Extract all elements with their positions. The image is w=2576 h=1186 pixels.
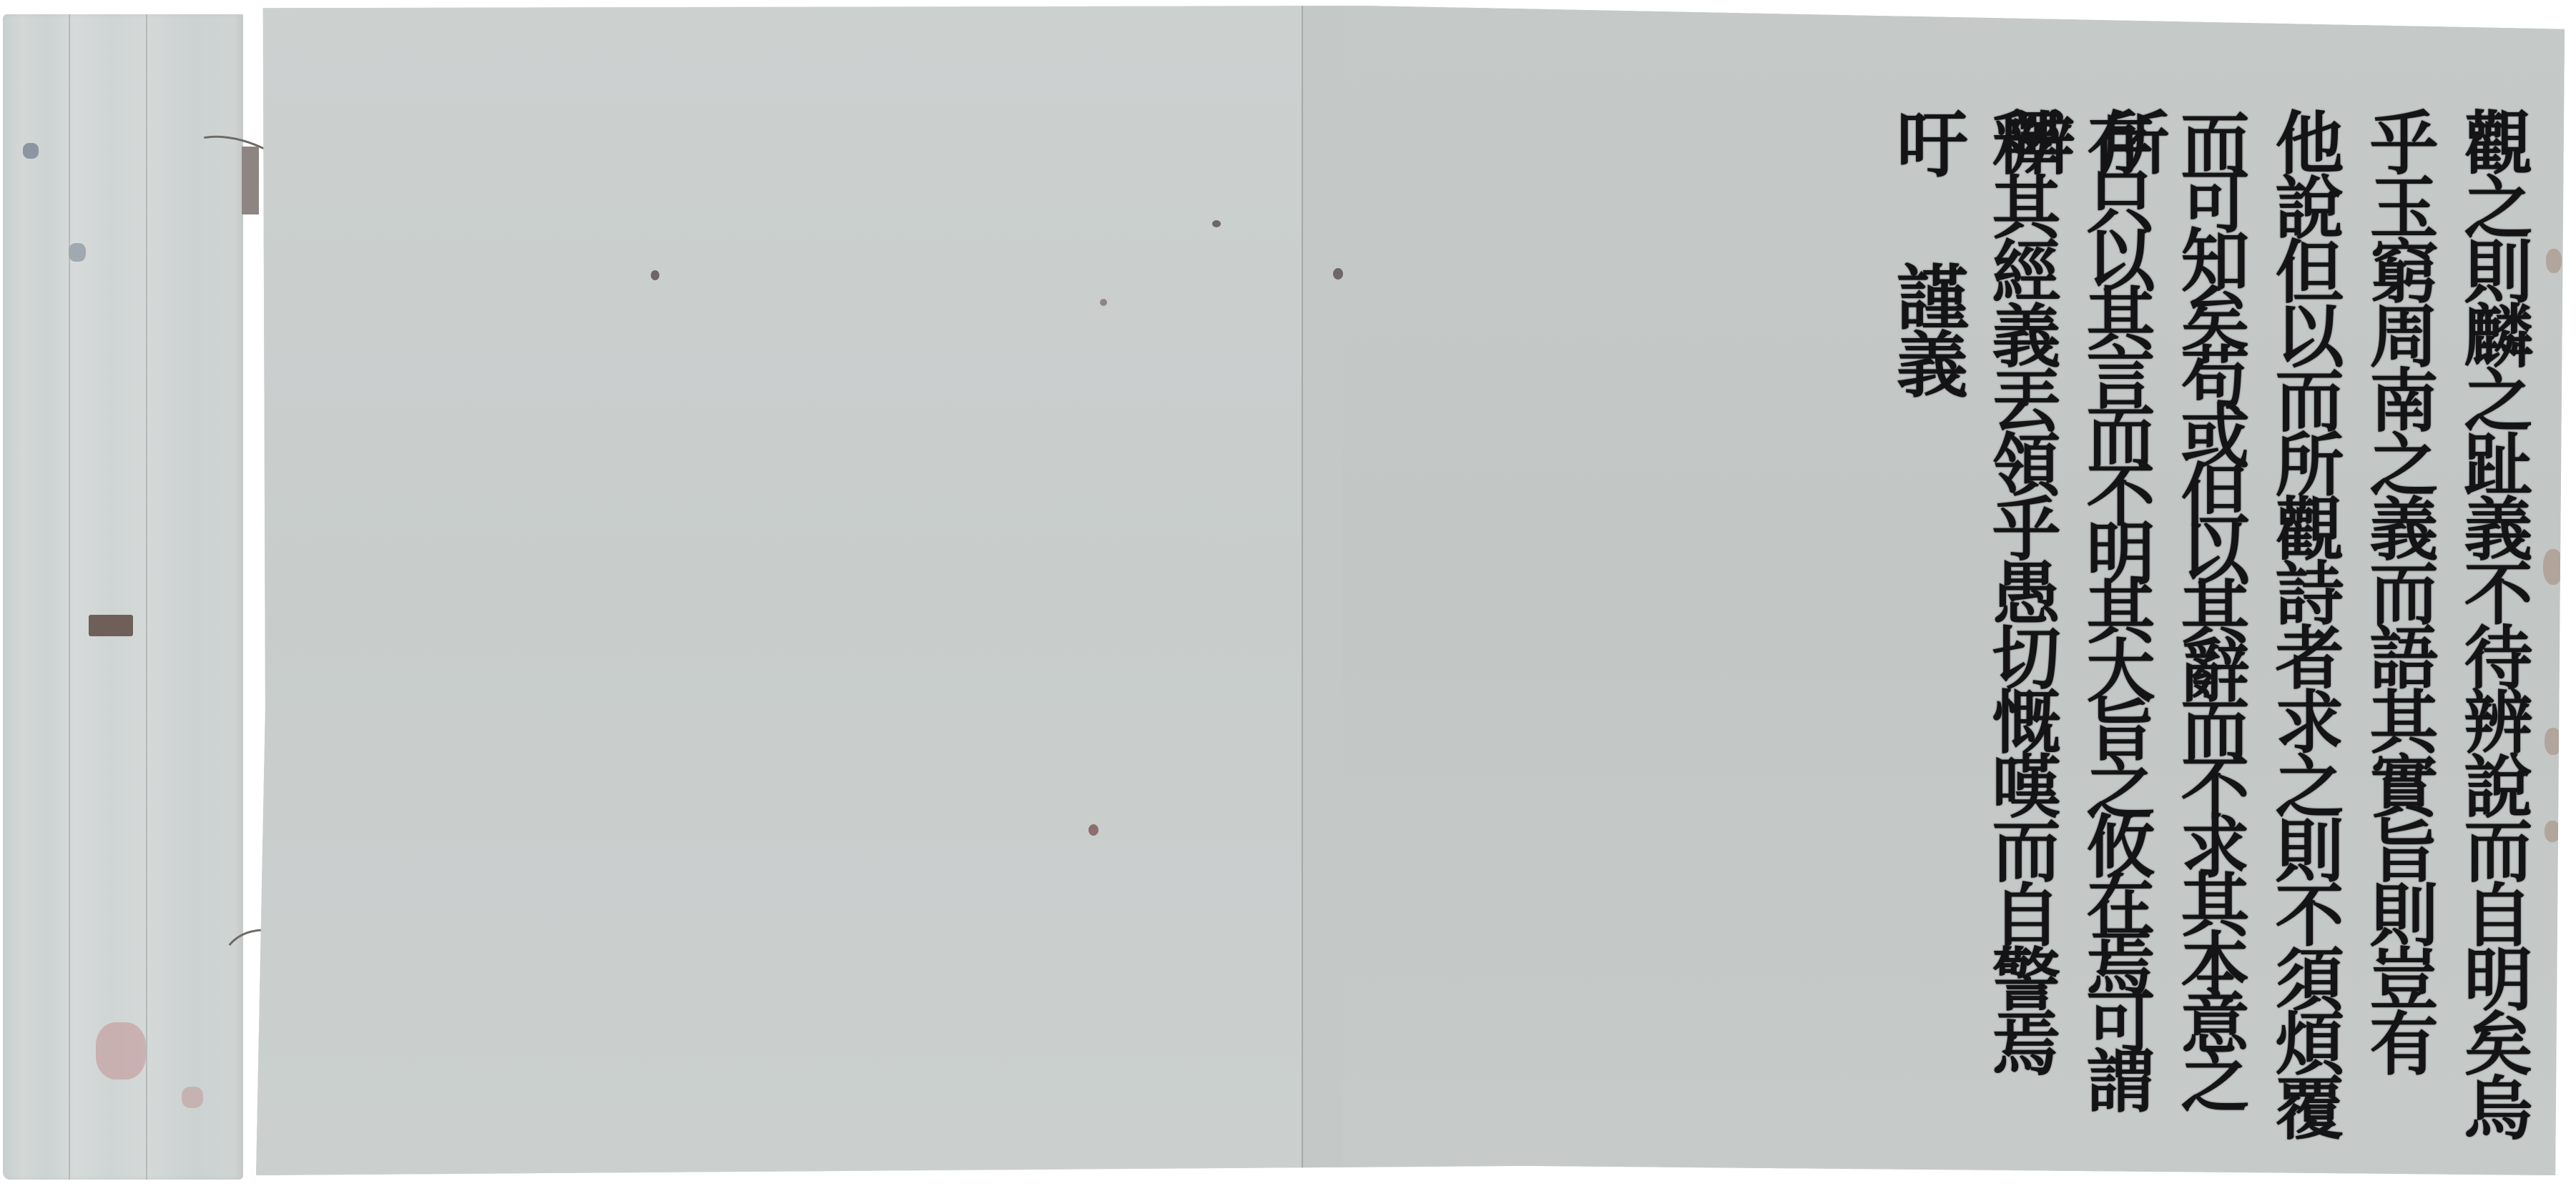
binding-mark [89, 615, 133, 636]
author-signature: 謹義 [1884, 260, 1969, 395]
spine-fold-line [69, 14, 70, 1180]
red-stain [96, 1022, 146, 1079]
red-stain [182, 1087, 203, 1108]
foxing-spot [651, 270, 659, 280]
edge-stain [2545, 821, 2560, 842]
text-column-5: 存只以其言而不明其大旨之攸在焉可謂辨 [2075, 107, 2155, 1158]
foxing-spot [1100, 299, 1107, 306]
foxing-spot [1333, 268, 1343, 280]
edge-stain [2545, 728, 2562, 755]
blank-left-page [256, 6, 1302, 1175]
page-seam [1302, 6, 1344, 1175]
text-column-4: 而可知矣苟或但以其辭而不求其本意之所 [2170, 107, 2250, 1158]
foxing-spot [1212, 220, 1221, 227]
ink-blot [23, 143, 39, 159]
text-column-7: 吁謹義 [1887, 107, 1967, 1158]
edge-stain [2543, 549, 2563, 585]
text-column-1: 觀之則麟之趾義不待辨說而自明矣烏 [2453, 107, 2533, 1158]
text-column-6: 釋其經義丟領乎愚切慨嘆而自警焉 [1981, 107, 2061, 1158]
calligraphy-text: 觀之則麟之趾義不待辨說而自明矣烏 乎玉窮周南之義而語其實旨則豈有 他說但以而所觀… [1887, 107, 2533, 1158]
edge-stain [2546, 249, 2562, 273]
text-column-3: 他說但以而所觀詩者求之則不須煩覆 [2264, 107, 2344, 1158]
closing-exclamation: 吁 [1884, 107, 1969, 174]
text-column-2: 乎玉窮周南之義而語其實旨則豈有 [2359, 107, 2439, 1158]
foxing-spot [1088, 824, 1098, 836]
ink-blot [69, 243, 86, 262]
spine-fold-line [146, 14, 147, 1180]
